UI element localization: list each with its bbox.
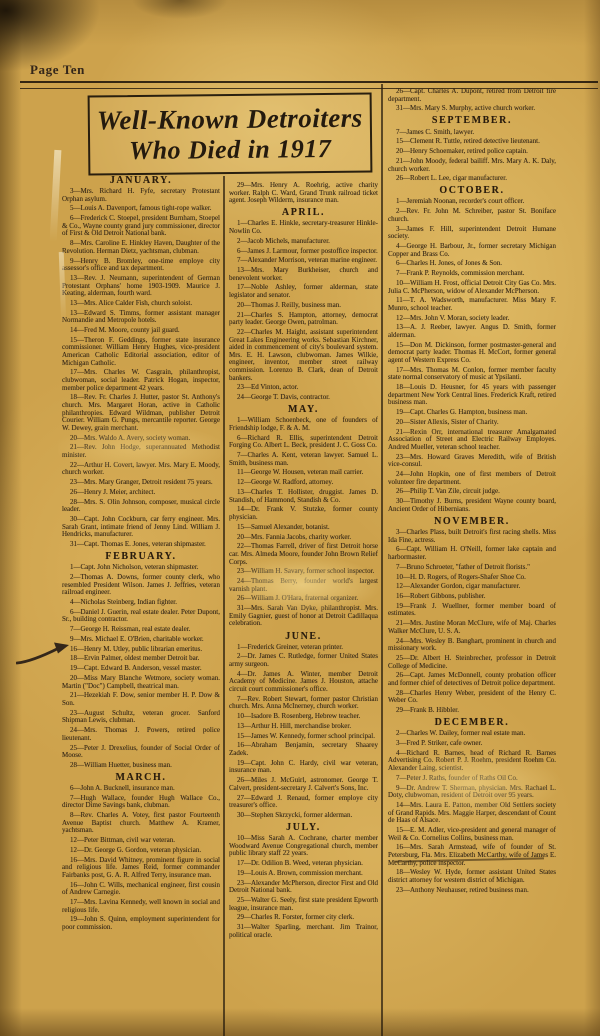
obit-entry: 20—Mrs. Fannia Jacobs, charity worker. [229,534,378,542]
obit-entry: 18—Louis D. Heusner, for 45 years with p… [388,384,556,407]
obit-entry: 7—Peter J. Raths, founder of Raths Oil C… [388,775,556,783]
month-heading: MAY. [229,406,378,414]
obit-entry: 1—Frederick Greiner, veteran printer. [229,644,378,652]
obit-entry: 18—Wesley W. Hyde, former assistant Unit… [388,869,556,884]
obit-entry: 26—Philip T. Van Zile, circuit judge. [388,488,556,496]
obit-entry: 14—Mrs. Laura E. Patton, member Old Sett… [388,802,556,825]
obit-entry: 2—Dr. James C. Rutledge, former United S… [229,653,378,668]
obit-entry: 18—Ervin Palmer, oldest member Detroit b… [62,655,220,663]
obit-entry: 22—Thomas Farrell, driver of first Detro… [229,543,378,566]
obit-entry: 8—Mrs. Caroline E. Hinkley Haven, Daught… [62,240,220,255]
obit-entry: 13—Mrs. Alice Calder Fish, church solois… [62,300,220,308]
obit-entry: 23—Mrs. Mary Granger, Detroit resident 7… [62,479,220,487]
obit-entry: 19—Capt. Charles G. Hampton, business ma… [388,409,556,417]
obit-entry: 17—Dr. Odilion B. Weed, veteran physicia… [229,860,378,868]
obit-entry: 13—Rev. J. Neumann, superintendent of Ge… [62,275,220,298]
obit-entry: 7—Hugh Wallace, founder Hugh Wallace Co.… [62,795,220,810]
column-3: 26—Capt. Charles A. Dupont, retired from… [388,88,556,1036]
obit-entry: 28—Charles Henry Weber, president of the… [388,690,556,705]
obit-entry: 1—Capt. John Nicholson, veteran shipmast… [62,564,220,572]
obit-entry: 30—Stephen Skrzycki, former alderman. [229,812,378,820]
page-label: Page Ten [30,62,85,78]
obit-entry: 13—Charles T. Hollister, druggist. James… [229,489,378,504]
obit-entry: 11—George W. Housen, veteran mail carrie… [229,469,378,477]
obit-entry: 10—H. D. Rogers, of Rogers-Shafer Shoe C… [388,574,556,582]
obit-entry: 9—Dr. Andrew T. Sherman, physician. Mrs.… [388,785,556,800]
obit-entry: 6—James J. Larmour, former postoffice in… [229,248,378,256]
obit-entry: 26—Robert L. Lee, cigar manufacturer. [388,175,556,183]
obit-entry: 16—Henry M. Utley, public librarian emer… [62,646,220,654]
obit-entry: 28—Mrs. S. Olin Johnson, composer, music… [62,499,220,514]
obit-entry: 10—Isadore B. Rosenberg, Hebrew teacher. [229,713,378,721]
obit-entry: 21—John Moody, federal bailiff. Mrs. Mar… [388,158,556,173]
obit-entry: 2—Rev. Fr. John M. Schreiber, pastor St.… [388,208,556,223]
obit-entry: 28—William Huetter, business man. [62,762,220,770]
obit-entry: 6—John A. Bucknell, insurance man. [62,785,220,793]
obit-entry: 25—Peter J. Drexelius, founder of Social… [62,745,220,760]
obit-entry: 6—Capt. William H. O'Neill, former lake … [388,546,556,561]
month-heading: MARCH. [62,774,220,782]
obit-entry: 21—Rexin Orr, international treasurer Am… [388,429,556,452]
obit-entry: 19—Frank J. Wuellner, former member boar… [388,603,556,618]
obit-entry: 31—Capt. Thomas E. Jones, veteran shipma… [62,541,220,549]
obit-entry: 17—Mrs. Thomas M. Conlon, former member … [388,367,556,382]
obit-entry: 24—George T. Davis, contractor. [229,394,378,402]
obit-entry: 7—George H. Reissman, real estate dealer… [62,626,220,634]
obit-entry: 2—Charles W. Dailey, former real estate … [388,730,556,738]
month-heading: NOVEMBER. [388,518,556,526]
obit-entry: 31—Mrs. Sarah Van Dyke, philanthropist. … [229,605,378,628]
obit-entry: 7—Bruno Schroeter, "father of Detroit fl… [388,564,556,572]
obit-entry: 4—George H. Barbour, Jr., former secreta… [388,243,556,258]
obit-entry: 7—Charles A. Kent, veteran lawyer. Samue… [229,452,378,467]
obit-entry: 24—Thomas Berry, founder world's largest… [229,578,378,593]
obit-entry: 4—Richard R. Barnes, head of Richard R. … [388,750,556,773]
column-divider-2 [381,84,383,1036]
obit-entry: 23—Ed Vinton, actor. [229,384,378,392]
obit-entry: 19—John S. Quinn, employment superintend… [62,916,220,931]
obit-entry: 22—Charles M. Haight, assistant superint… [229,329,378,382]
month-heading: JUNE. [229,633,378,641]
obit-entry: 4—Nicholas Steinberg, Indian fighter. [62,599,220,607]
obit-entry: 1—Charles E. Hinkle, secretary-treasurer… [229,220,378,235]
obit-entry: 3—Fred P. Striker, cafe owner. [388,740,556,748]
obit-entry: 25—Walter G. Seely, first state presiden… [229,897,378,912]
obit-entry: 16—John C. Wills, mechanical engineer, f… [62,882,220,897]
obit-entry: 15—Don M. Dickinson, former postmaster-g… [388,342,556,365]
obit-entry: 20—Miss Mary Blanche Wetmore, society wo… [62,675,220,690]
paper-scratch [50,150,62,242]
obit-entry: 29—Mrs. Henry A. Roehrig, active charity… [229,182,378,205]
obit-entry: 3—James F. Hill, superintendent Detroit … [388,226,556,241]
obit-entry: 5—Louis A. Davenport, famous tight-rope … [62,205,220,213]
obit-entry: 21—Hezekiah F. Dow, senior member H. P. … [62,692,220,707]
obit-entry: 26—William J. O'Hara, fraternal organize… [229,595,378,603]
month-heading: JULY. [229,824,378,832]
obit-entry: 23—William H. Savary, former school insp… [229,568,378,576]
obit-entry: 14—Dr. Frank V. Stutzke, former county p… [229,506,378,521]
obit-entry: 7—Alexander Morrison, veteran marine eng… [229,257,378,265]
obit-entry: 20—Sister Allexis, Sister of Charity. [388,419,556,427]
obit-entry: 24—Mrs. Wesley B. Banghart, prominent in… [388,638,556,653]
obit-entry: 11—T. A. Wadsworth, manufacturer. Miss M… [388,297,556,312]
obit-entry: 26—Henry J. Meier, architect. [62,489,220,497]
obit-entry: 15—James W. Kennedy, former school princ… [229,733,378,741]
obit-entry: 29—Charles R. Forster, former city clerk… [229,914,378,922]
obit-entry: 23—Anthony Neuhauser, retired business m… [388,887,556,895]
obit-entry: 1—William Schoenbeck, one of founders of… [229,417,378,432]
obit-entry: 3—Mrs. Richard H. Fyfe, secretary Protes… [62,188,220,203]
obit-entry: 18—Rev. Fr. Charles J. Hutter, pastor St… [62,394,220,432]
obit-entry: 15—Samuel Alexander, botanist. [229,524,378,532]
obit-entry: 21—Rev. John Hodge, superannuated Method… [62,444,220,459]
obit-entry: 31—Mrs. Mary S. Murphy, active church wo… [388,105,556,113]
obit-entry: 9—Henry B. Bromley, one-time employe cit… [62,258,220,273]
masthead-title-line1: Well-Known Detroiters [97,103,363,136]
column-divider-1 [223,176,225,1036]
obit-entry: 30—Timothy J. Burns, president Wayne cou… [388,498,556,513]
obit-entry: 24—Mrs. Thomas J. Powers, retired police… [62,727,220,742]
column-2: 29—Mrs. Henry A. Roehrig, active charity… [229,182,378,1036]
obit-entry: 12—Mrs. John V. Moran, society leader. [388,315,556,323]
obit-entry: 13—A. J. Reeber, lawyer. Angus D. Smith,… [388,324,556,339]
obit-entry: 19—Capt. John C. Hardy, civil war vetera… [229,760,378,775]
obit-entry: 12—Alexander Gordon, cigar manufacturer. [388,583,556,591]
obit-entry: 14—Fred M. Moore, county jail guard. [62,327,220,335]
obit-entry: 31—Walter Sparling, merchant. Jim Traino… [229,924,378,939]
obit-entry: 22—Arthur H. Covert, lawyer. Mrs. Mary E… [62,462,220,477]
obit-entry: 6—Daniel J. Guerin, real estate dealer. … [62,609,220,624]
month-heading: FEBRUARY. [62,553,220,561]
month-heading: SEPTEMBER. [388,117,556,125]
masthead-title-line2: Who Died in 1917 [129,134,332,165]
obit-entry: 6—Frederick C. Stoepel, president Burnha… [62,215,220,238]
month-heading: JANUARY. [62,177,220,185]
obit-entry: 12—Dr. George G. Gordon, veteran physici… [62,847,220,855]
column-1: JANUARY.3—Mrs. Richard H. Fyfe, secretar… [62,176,220,1036]
obit-entry: 4—Dr. James A. Winter, member Detroit Ac… [229,671,378,694]
obit-entry: 24—John Hopkin, one of first members of … [388,471,556,486]
obit-entry: 2—Thomas A. Downs, former county clerk, … [62,574,220,597]
obit-entry: 15—E. M. Adler, vice-president and gener… [388,827,556,842]
obit-entry: 10—Miss Sarah A. Cochrane, charter membe… [229,835,378,858]
obit-entry: 25—Dr. Albert H. Steinbrecher, professor… [388,655,556,670]
obit-entry: 17—Noble Ashley, former alderman, state … [229,284,378,299]
obit-entry: 13—Edward S. Timms, former assistant man… [62,310,220,325]
obit-entry: 21—Mrs. Justine Moran McClure, wife of M… [388,620,556,635]
obit-entry: 7—Rev. Robert Stewart, former pastor Chr… [229,696,378,711]
obit-entry: 2—Jacob Michels, manufacturer. [229,238,378,246]
obit-entry: 23—Mrs. Howard Graves Meredith, wife of … [388,454,556,469]
obit-entry: 20—Mrs. Waldo A. Avery, society woman. [62,435,220,443]
obit-entry: 16—Robert Gibbons, publisher. [388,593,556,601]
obit-entry: 12—Peter Bittman, civil war veteran. [62,837,220,845]
obit-entry: 12—George W. Radford, attorney. [229,479,378,487]
obit-entry: 13—Arthur H. Hill, merchandise broker. [229,723,378,731]
obit-entry: 19—Capt. Edward B. Anderson, vessel mast… [62,665,220,673]
obit-entry: 7—Frank P. Reynolds, commission merchant… [388,270,556,278]
obit-entry: 26—Capt. Charles A. Dupont, retired from… [388,88,556,103]
obit-entry: 30—Capt. John Cockburn, car ferry engine… [62,516,220,539]
masthead-box: Well-Known Detroiters Who Died in 1917 [88,93,373,176]
obit-entry: 27—Edward J. Renaud, former employe city… [229,795,378,810]
obit-entry: 19—Louis A. Brown, commission merchant. [229,870,378,878]
obit-entry: 10—William H. Frost, official Detroit Ci… [388,280,556,295]
obit-entry: 21—Charles S. Hampton, attorney, democra… [229,312,378,327]
obit-entry: 23—August Schultz, veteran grocer. Sanfo… [62,710,220,725]
obit-entry: 1—Jeremiah Noonan, recorder's court offi… [388,198,556,206]
obit-entry: 20—Henry Schoemaker, retired police capt… [388,148,556,156]
month-heading: OCTOBER. [388,187,556,195]
obit-entry: 29—Frank B. Hibbler. [388,707,556,715]
obit-entry: 15—Theron F. Geddings, former state insu… [62,337,220,367]
month-heading: DECEMBER. [388,719,556,727]
obit-entry: 6—Charles H. Jones, of Jones & Son. [388,260,556,268]
obit-entry: 7—James C. Smith, lawyer. [388,129,556,137]
obit-entry: 17—Mrs. Lavina Kennedy, well known in so… [62,899,220,914]
obit-entry: 16—Abraham Benjamin, secretary Shaarey Z… [229,742,378,757]
obit-entry: 16—Mrs. Sarah Armstead, wife of founder … [388,844,556,867]
obit-entry: 8—Rev. Charles A. Votey, first pastor Fo… [62,812,220,835]
obit-entry: 3—Charles Plass, built Detroit's first r… [388,529,556,544]
obit-entry: 9—Mrs. Michael E. O'Brien, charitable wo… [62,636,220,644]
newspaper-page: Page Ten Well-Known Detroiters Who Died … [0,0,600,1036]
obit-entry: 17—Mrs. Charles W. Casgrain, philanthrop… [62,369,220,392]
obit-entry: 26—Miles J. McGuirl, astronomer. George … [229,777,378,792]
handwritten-arrow-icon [16,634,74,666]
obit-entry: 23—Alexander McPherson, director First a… [229,880,378,895]
obit-entry: 16—Mrs. David Whitney, prominent figure … [62,857,220,880]
month-heading: APRIL. [229,209,378,217]
obit-entry: 15—Clement R. Tuttle, retired detective … [388,138,556,146]
obit-entry: 13—Mrs. Mary Burkheiser, church and bene… [229,267,378,282]
obit-entry: 26—Capt. James McDonnell, county probati… [388,672,556,687]
obit-entry: 6—Richard R. Ellis, superintendent Detro… [229,435,378,450]
obit-entry: 20—Thomas J. Reilly, business man. [229,302,378,310]
